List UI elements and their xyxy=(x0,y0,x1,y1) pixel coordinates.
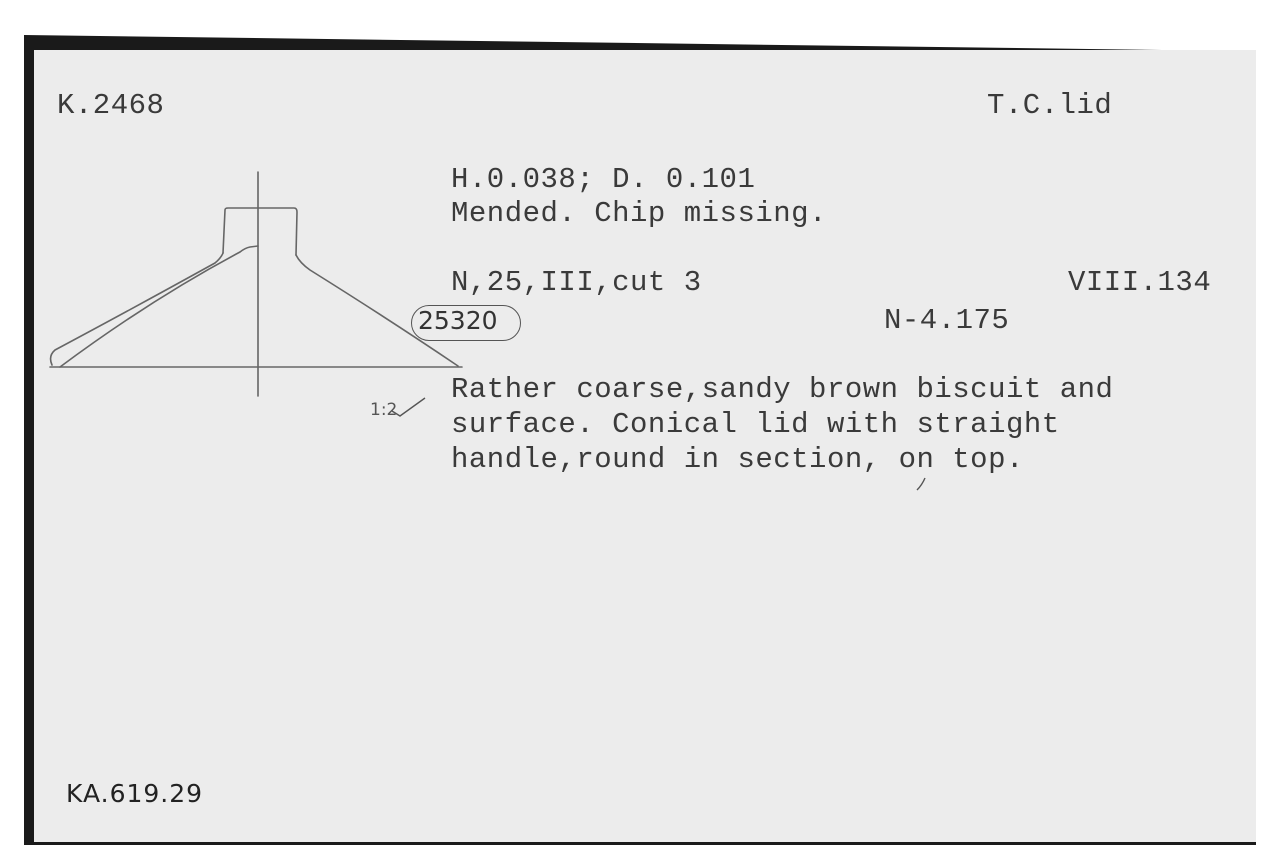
lid-profile-drawing xyxy=(0,0,1280,867)
archive-number: KA.619.29 xyxy=(66,779,203,808)
